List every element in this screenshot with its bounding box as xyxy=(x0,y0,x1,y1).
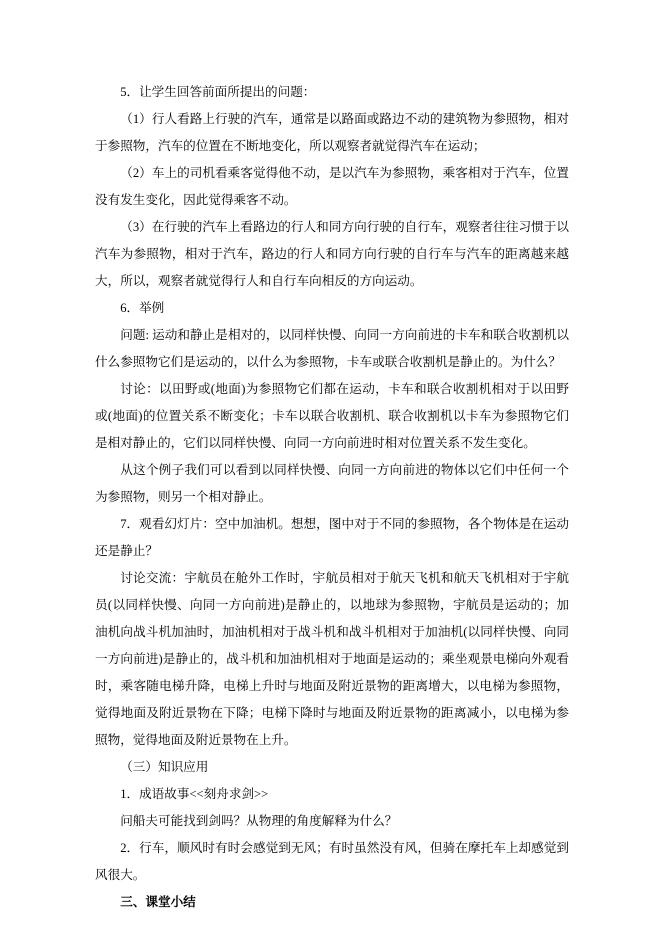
document-page: 5．让学生回答前面所提出的问题： （1）行人看路上行驶的汽车，通常是以路面或路边… xyxy=(0,0,661,935)
paragraph: 2．行车，顺风时有时会感觉到无风；有时虽然没有风，但骑在摩托车上却感觉到风很大。 xyxy=(95,835,569,889)
document-text-body: 5．让学生回答前面所提出的问题： （1）行人看路上行驶的汽车，通常是以路面或路边… xyxy=(95,79,569,916)
paragraph: 1．成语故事<<刻舟求剑>> xyxy=(95,781,569,808)
paragraph: （2）车上的司机看乘客觉得他不动，是以汽车为参照物，乘客相对于汽车，位置没有发生… xyxy=(95,160,569,214)
paragraph section-heading bold: 三、课堂小结 xyxy=(95,889,569,916)
paragraph: 6．举例 xyxy=(95,295,569,322)
paragraph: 5．让学生回答前面所提出的问题： xyxy=(95,79,569,106)
paragraph: 讨论交流：宇航员在舱外工作时，宇航员相对于航天飞机和航天飞机相对于宇航员(以同样… xyxy=(95,565,569,754)
paragraph: 7．观看幻灯片：空中加油机。想想，图中对于不同的参照物，各个物体是在运动还是静止… xyxy=(95,511,569,565)
paragraph: 讨论：以田野或(地面)为参照物它们都在运动，卡车和联合收割机相对于以田野或(地面… xyxy=(95,376,569,457)
paragraph: 从这个例子我们可以看到以同样快慢、向同一方向前进的物体以它们中任何一个为参照物，… xyxy=(95,457,569,511)
paragraph: 问船夫可能找到剑吗？从物理的角度解释为什么？ xyxy=(95,808,569,835)
paragraph: （3）在行驶的汽车上看路边的行人和同方向行驶的自行车，观察者往往习惯于以汽车为参… xyxy=(95,214,569,295)
paragraph: （三）知识应用 xyxy=(95,754,569,781)
paragraph: 问题: 运动和静止是相对的，以同样快慢、向同一方向前进的卡车和联合收割机以什么参… xyxy=(95,322,569,376)
paragraph: （1）行人看路上行驶的汽车，通常是以路面或路边不动的建筑物为参照物，相对于参照物… xyxy=(95,106,569,160)
